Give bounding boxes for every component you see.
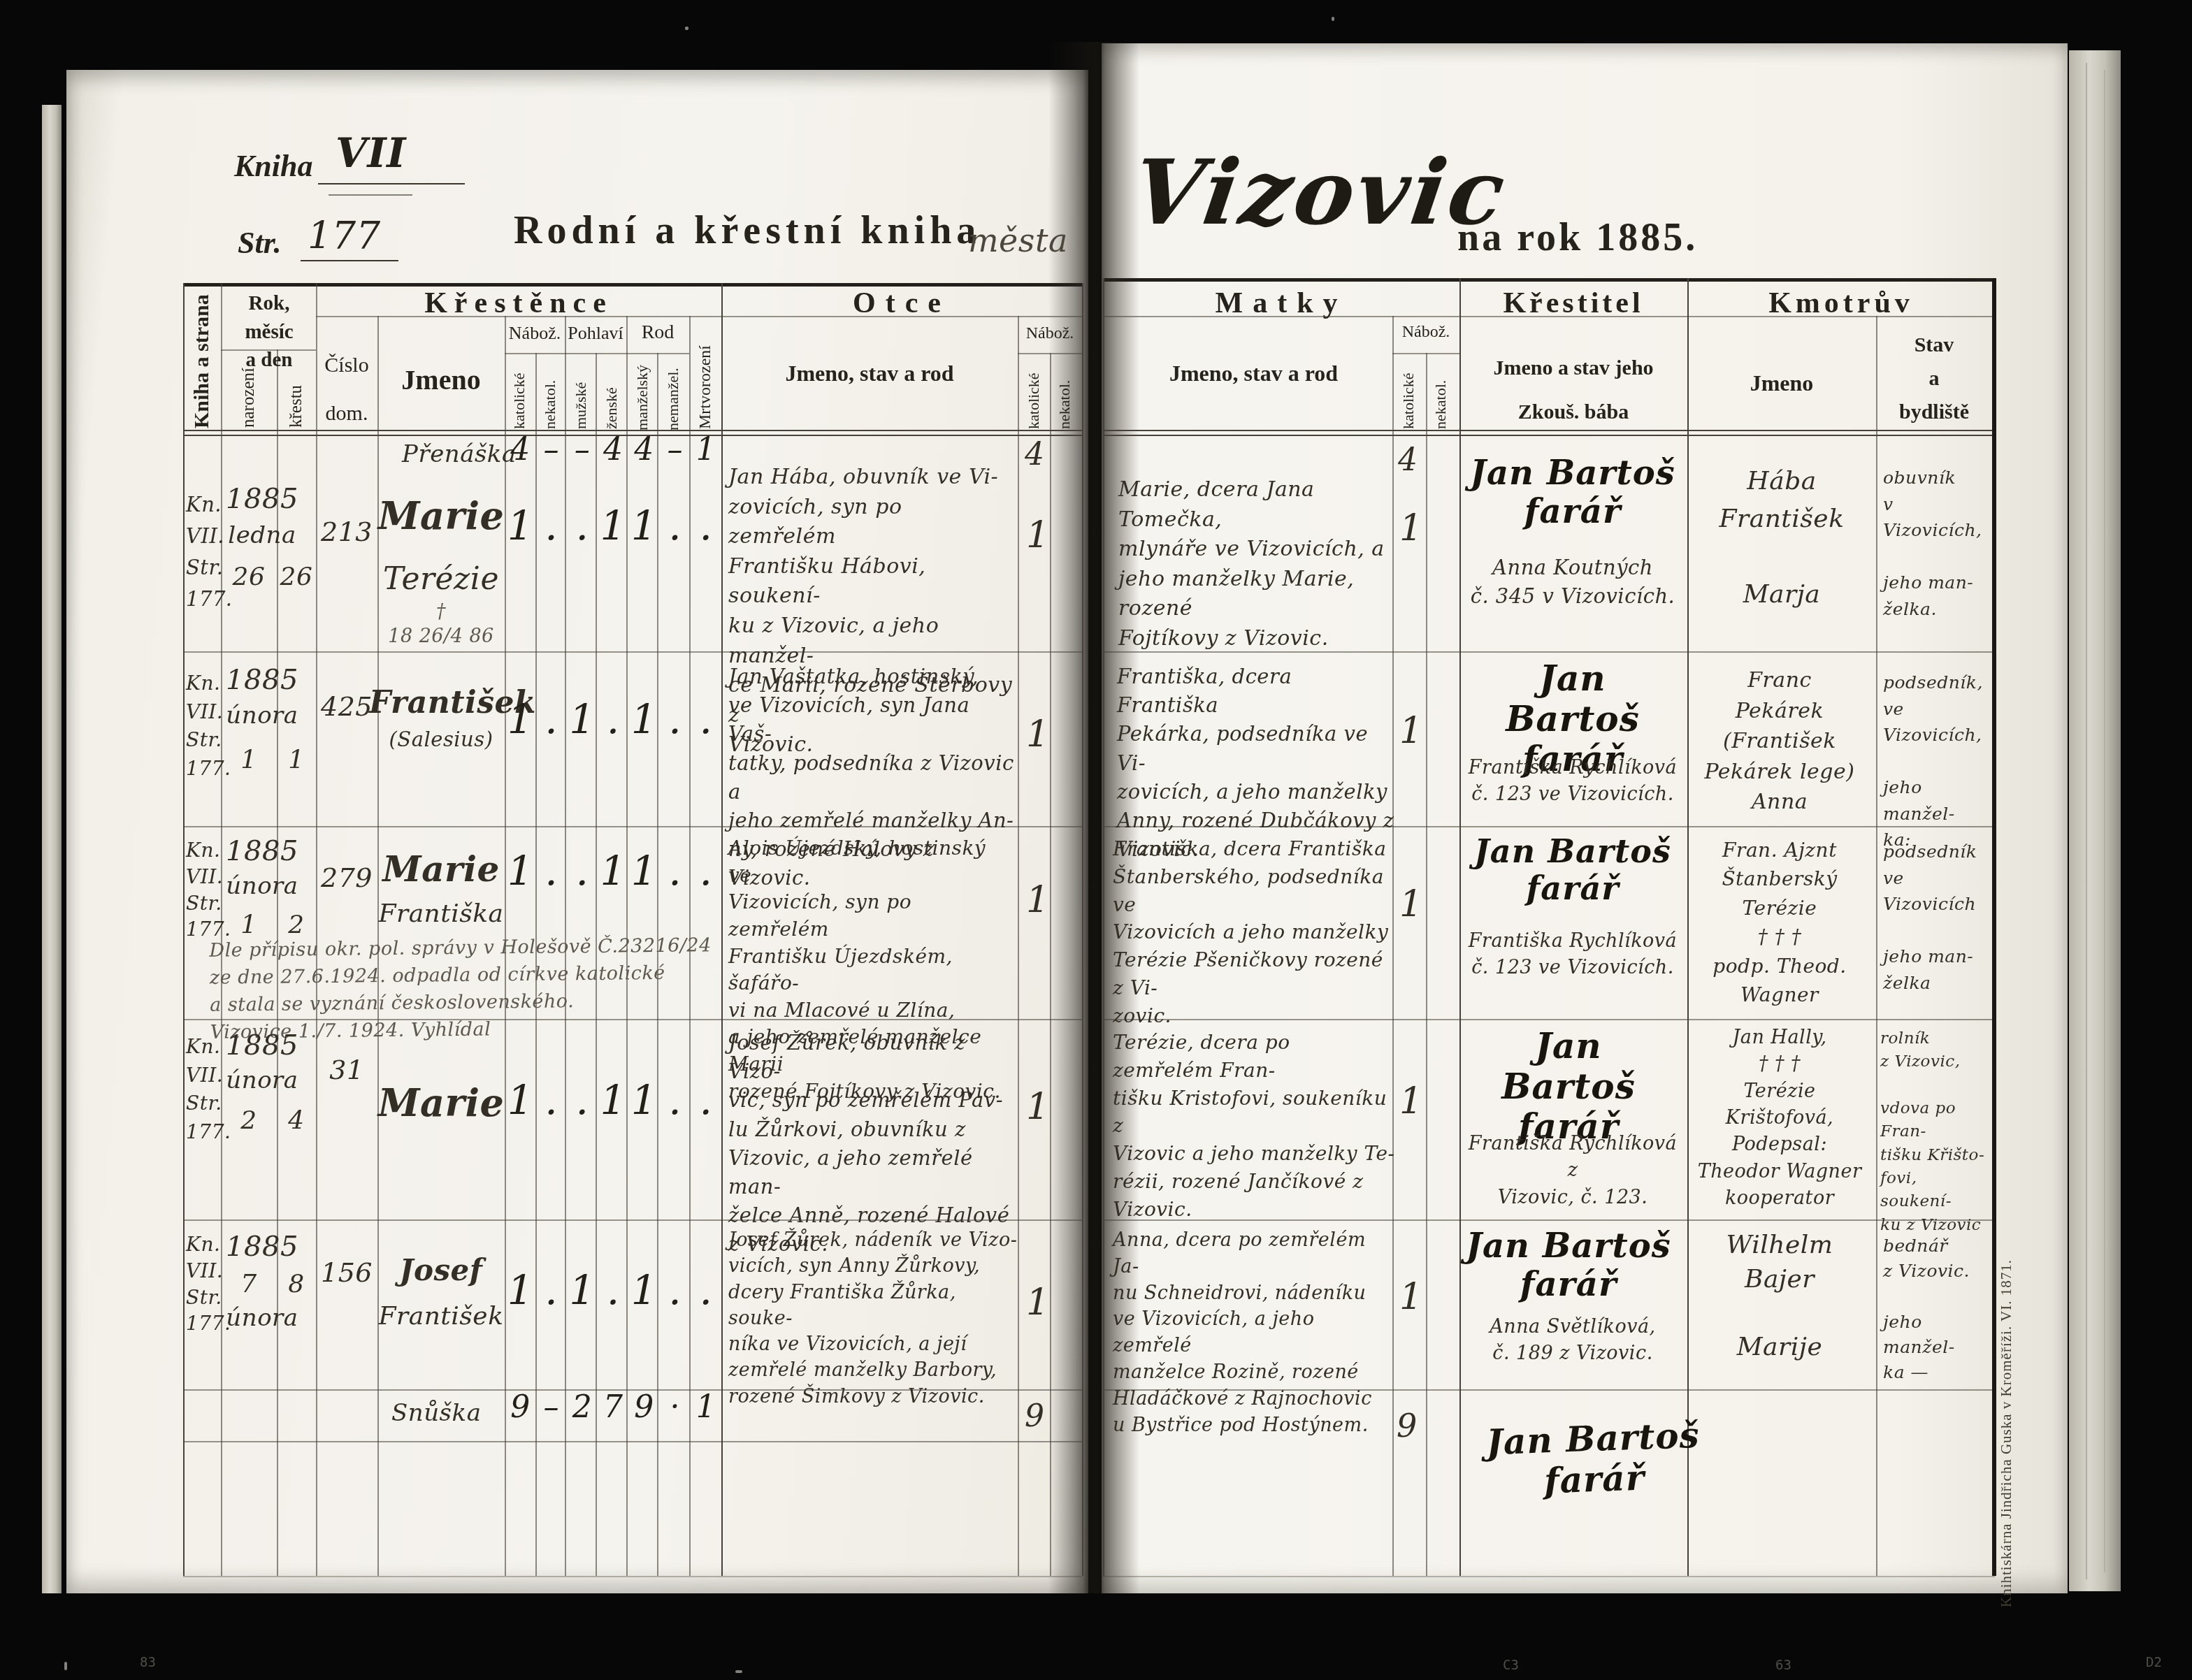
header-otce-jmeno-stav: Jmeno, stav a rod (721, 361, 1018, 386)
tally: 1 (598, 847, 628, 895)
row-year: 1885 (210, 660, 315, 700)
row-mother-kat: 1 (1399, 1076, 1423, 1128)
tally: 1 (598, 502, 628, 549)
row-birth-day: 26 (221, 559, 277, 595)
header-otce-naboz: Nábož. (1018, 324, 1082, 343)
row-godparents-status: rolník z Vizovic, vdova po Fran- tišku K… (1880, 1027, 1991, 1237)
header-kniha-strana: Kniha a strana (190, 292, 214, 428)
row-tally-marks: 1.1.1.. (505, 1266, 721, 1314)
row-godparents-status: obuvník v Vizovicích, jeho man- želka. (1883, 465, 1989, 622)
header-matky-katolicke: katolické (1399, 359, 1418, 429)
row-rule (183, 1441, 1082, 1442)
row-godparents-status: podsedník ve Vizovicích jeho man- želka (1883, 839, 1989, 996)
row-tally-marks: 1..11.. (505, 1076, 721, 1124)
total: 9 (505, 1389, 535, 1425)
row-father: Josef Žůrek, nádeník ve Vizo- vicích, sy… (728, 1227, 1019, 1410)
row-child-name: Marie (377, 1076, 505, 1130)
col-line (1459, 278, 1461, 1576)
header-nekatol: nekatol. (541, 359, 559, 429)
row-baptizer-signature: Jan Bartoš farář (1464, 1227, 1673, 1304)
col-line (721, 283, 723, 1576)
scanner-mark: C3 (1503, 1658, 1519, 1673)
prenaska-mark: 1 (691, 432, 721, 468)
tally: . (691, 1266, 721, 1314)
row-child-name: Marie (377, 844, 505, 894)
row-godparents-names: Fran. Ajznt Štanberský Terézie † † † pod… (1690, 836, 1869, 1010)
row-tally-marks: 1.1.1.. (505, 695, 721, 743)
row-death-note: † 18 26/4 86 (377, 600, 505, 649)
table-rule (1103, 278, 1995, 282)
prenaska-mark: – (659, 432, 690, 468)
total: 9 (628, 1389, 659, 1425)
header-rod: Rod (626, 321, 689, 344)
snuska-priest-signature: Jan Bartoš farář (1480, 1414, 1707, 1502)
tally: . (535, 695, 566, 743)
tally: . (659, 695, 690, 743)
row-baptizer-signature: Jan Bartoš farář (1464, 1026, 1673, 1147)
row-month: ledna (210, 519, 315, 552)
row-baptizer-signature: Jan Bartoš farář (1468, 454, 1678, 531)
tally: . (691, 1076, 721, 1124)
kniha-underline2 (329, 194, 412, 196)
snuska-marks: 9–279·1 (505, 1389, 721, 1425)
prenaska-mark: – (535, 432, 566, 468)
header-matky: Matky (1103, 287, 1459, 320)
row-baptism-day: 8 (277, 1266, 316, 1302)
page-edge-line (2104, 70, 2105, 1572)
row-father: Josef Žůrek, obuvník z Vizo- vic, syn po… (728, 1029, 1015, 1259)
row-house-number: 279 (316, 860, 377, 897)
tally: 1 (628, 1076, 659, 1124)
col-line (1103, 278, 1104, 1576)
str-label: Str. (238, 225, 281, 261)
str-number-handwritten: 177 (308, 210, 381, 263)
tally: 1 (567, 1266, 598, 1314)
row-midwife: Františka Rychlíková č. 123 ve Vizovicíc… (1462, 755, 1683, 809)
row-tally-marks: 1..11.. (505, 502, 721, 549)
header-zenske: ženské (603, 359, 621, 429)
scanner-mark: 83 (140, 1655, 156, 1670)
tally: 1 (505, 847, 535, 895)
header-otce: Otce (721, 287, 1082, 320)
title-mesta-handwritten: města (968, 218, 1068, 263)
table-rule (505, 353, 689, 354)
header-cislo-dom: Číslo dom. (316, 341, 377, 437)
header-krestitel: Křestitel (1459, 287, 1687, 320)
row-godparents-names: Wilhelm Bajer Marije (1690, 1229, 1869, 1364)
row-mother: Františka, dcera Františka Štanberského,… (1113, 835, 1397, 1029)
row-child-name2: Františka (369, 896, 513, 932)
row-house-number: 425 (316, 688, 377, 726)
row-month: února (210, 869, 315, 903)
row-baptism-day: 26 (277, 559, 316, 595)
row-year: 1885 (210, 1227, 315, 1267)
row-mother: Terézie, dcera po zemřelém Fran- tišku K… (1113, 1029, 1397, 1223)
left-page-edge (42, 105, 62, 1593)
tally: . (567, 502, 598, 549)
row-child-name: Marie (377, 489, 505, 543)
tally: . (659, 502, 690, 549)
row-godparents-status: bednář z Vizovic. jeho manžel- ka — (1883, 1233, 1989, 1386)
page-edge-line (2086, 63, 2087, 1579)
row-father-kat: 1 (1026, 709, 1050, 761)
header-matky-naboz: Nábož. (1392, 323, 1459, 342)
tally: 1 (505, 1076, 535, 1124)
header-pohlavi: Pohlaví (565, 323, 626, 344)
tally: . (691, 695, 721, 743)
row-tally-marks: 1..11.. (505, 847, 721, 895)
scanner-tick (64, 1662, 67, 1670)
row-godparents-status: podsedník, ve Vizovicích, jeho manžel- k… (1883, 669, 1989, 853)
kniha-number-handwritten: VII (336, 124, 406, 182)
header-stav-bydliste: Stav a bydliště (1876, 328, 1992, 429)
right-page-edge (2069, 50, 2121, 1591)
total: 1 (691, 1389, 721, 1425)
row-house-number: 156 (316, 1254, 377, 1292)
tally: . (598, 695, 628, 743)
header-manzelsky: manželský (633, 356, 651, 430)
page-title-printed: Rodní a křestní kniha (514, 208, 981, 253)
col-line (316, 283, 317, 1576)
prenaska-label: Přenáška (402, 437, 507, 471)
row-month: února (210, 1064, 315, 1097)
row-mother: Anna, dcera po zemřelém Ja- nu Schneidro… (1113, 1227, 1397, 1438)
dust-speck (685, 27, 688, 30)
snuska-otec-kat: 9 (1025, 1395, 1045, 1438)
header-otce-nekatol: nekatol. (1055, 359, 1074, 429)
tally: . (567, 1076, 598, 1124)
scanner-tick (735, 1670, 742, 1673)
scanner-mark: D2 (2146, 1655, 2162, 1670)
kniha-underline (318, 183, 465, 184)
row-mother-kat: 1 (1399, 503, 1423, 555)
title-year-printed: na rok 1885. (1457, 215, 1698, 260)
col-line (1050, 353, 1051, 1576)
scanned-parish-register-photo: Kniha VII Str. 177 Rodní a křestní kniha… (0, 0, 2192, 1680)
tally: . (567, 847, 598, 895)
tally: . (535, 1266, 566, 1314)
col-line (1426, 353, 1427, 1576)
row-father-kat: 1 (1026, 1082, 1050, 1134)
header-nemanzel: nemanžel. (664, 356, 682, 430)
row-father-kat: 1 (1026, 875, 1050, 927)
row-midwife: Františka Rychlíková č. 123 ve Vizovicíc… (1462, 928, 1683, 982)
row-baptism-day: 1 (277, 742, 316, 778)
tally: . (535, 847, 566, 895)
snuska-label: Snůška (391, 1396, 503, 1430)
header-jmeno: Jmeno (377, 363, 505, 396)
row-midwife: Anna Světlíková, č. 189 z Vizovic. (1462, 1314, 1683, 1368)
printer-imprint: Knihtiskárna Jindřicha Guska v Kroměříži… (1998, 1132, 2015, 1607)
dust-speck (1332, 17, 1334, 21)
table-rule (1103, 435, 1995, 436)
table-bottom-rule (1103, 1576, 1995, 1577)
header-kmotr-jmeno: Jmeno (1687, 370, 1876, 396)
col-line (1687, 278, 1689, 1576)
row-godparents-names: Hába František Marja (1694, 463, 1869, 614)
header-matky-nekatol: nekatol. (1432, 359, 1450, 429)
row-month: února (210, 1301, 315, 1335)
table-bottom-rule (183, 1576, 1082, 1577)
header-otce-katolicke: katolické (1025, 359, 1043, 429)
header-katolicke: katolické (510, 359, 528, 429)
prenaska-mark: 4 (628, 432, 659, 468)
row-midwife: Anna Koutných č. 345 v Vizovicích. (1462, 553, 1683, 611)
tally: 1 (567, 695, 598, 743)
header-narozeni: narození (239, 358, 259, 428)
col-line (1992, 278, 1996, 1576)
prenaska-mark: 4 (505, 432, 535, 468)
tally: 1 (505, 1266, 535, 1314)
tally: 1 (598, 1076, 628, 1124)
tally: 1 (628, 1266, 659, 1314)
tally: . (598, 1266, 628, 1314)
row-father-kat: 1 (1026, 510, 1050, 562)
snuska-matka-kat: 9 (1397, 1403, 1418, 1449)
row-father-kat: 1 (1026, 1277, 1050, 1329)
row-child-name2: František (369, 1298, 513, 1334)
prenaska-marks: 4 – – 4 4 – 1 (505, 432, 721, 468)
row-month: února (210, 699, 315, 732)
header-krestitel-sub: Jmeno a stav jeho Zkouš. bába (1459, 346, 1687, 434)
row-baptizer-signature: Jan Bartoš farář (1468, 833, 1678, 907)
row-birth-day: 2 (221, 1103, 277, 1138)
row-midwife: Františka Rychlíková z Vizovic, č. 123. (1462, 1131, 1683, 1211)
row-child-name: Josef (377, 1250, 505, 1291)
tally: . (691, 502, 721, 549)
header-matky-jmeno-stav: Jmeno, stav a rod (1115, 361, 1392, 386)
row-mother: Marie, dcera Jana Tomečka, mlynáře ve Vi… (1118, 475, 1398, 654)
total: – (535, 1389, 566, 1425)
row-child-name2: (Salesius) (369, 725, 513, 754)
row-year: 1885 (210, 479, 315, 519)
header-naboz: Nábož. (505, 323, 565, 344)
tally: 1 (505, 502, 535, 549)
row-mother-kat: 1 (1399, 1272, 1423, 1324)
header-krestu: křestu (287, 358, 306, 428)
tally: 1 (628, 695, 659, 743)
tally: 1 (628, 847, 659, 895)
total: · (659, 1389, 690, 1425)
total: 7 (598, 1389, 628, 1425)
row-godparents-names: Franc Pekárek (František Pekárek lege) A… (1690, 665, 1869, 818)
tally: . (535, 1076, 566, 1124)
row-baptism-day: 4 (277, 1103, 316, 1138)
header-krestence: Křestěnce (316, 287, 721, 320)
row-mother: Františka, dcera Františka Pekárka, pods… (1117, 662, 1397, 864)
col-line (1082, 283, 1083, 1576)
scanner-mark: 63 (1775, 1658, 1791, 1673)
tally: 1 (628, 502, 659, 549)
col-line (1876, 316, 1877, 1576)
tally: . (659, 847, 690, 895)
row-year: 1885 (210, 1026, 315, 1066)
row-house-number: 213 (316, 514, 377, 551)
row-mother-kat: 1 (1399, 879, 1423, 931)
prenaska-mark: 4 (598, 432, 628, 468)
prenaska-mark: – (567, 432, 598, 468)
prenaska-otec-kat: 4 (1025, 433, 1045, 477)
tally: . (659, 1076, 690, 1124)
row-child-name: František (369, 681, 513, 725)
row-birth-day: 7 (221, 1266, 277, 1302)
row-year: 1885 (210, 832, 315, 871)
total: 2 (567, 1389, 598, 1425)
tally: . (535, 502, 566, 549)
title-city-handwritten: Vizovic (1127, 148, 1513, 238)
row-house-number: 31 (316, 1052, 377, 1089)
header-mrtvorozeni: Mrtvorození (696, 327, 715, 429)
row-birth-day: 1 (221, 742, 277, 778)
row-child-name2: Terézie (377, 558, 505, 601)
str-underline (301, 260, 398, 261)
prenaska-matka-kat: 4 (1398, 439, 1418, 482)
header-muzske: mužské (572, 359, 590, 429)
tally: 1 (505, 695, 535, 743)
kniha-label: Kniha (234, 148, 313, 184)
tally: . (691, 847, 721, 895)
header-kmotruv: Kmotrův (1687, 287, 1995, 320)
col-line (183, 283, 185, 1576)
row-godparents-names: Jan Hally, † † † Terézie Krištofová, Pod… (1690, 1024, 1869, 1212)
tally: . (659, 1266, 690, 1314)
row-mother-kat: 1 (1399, 706, 1423, 758)
